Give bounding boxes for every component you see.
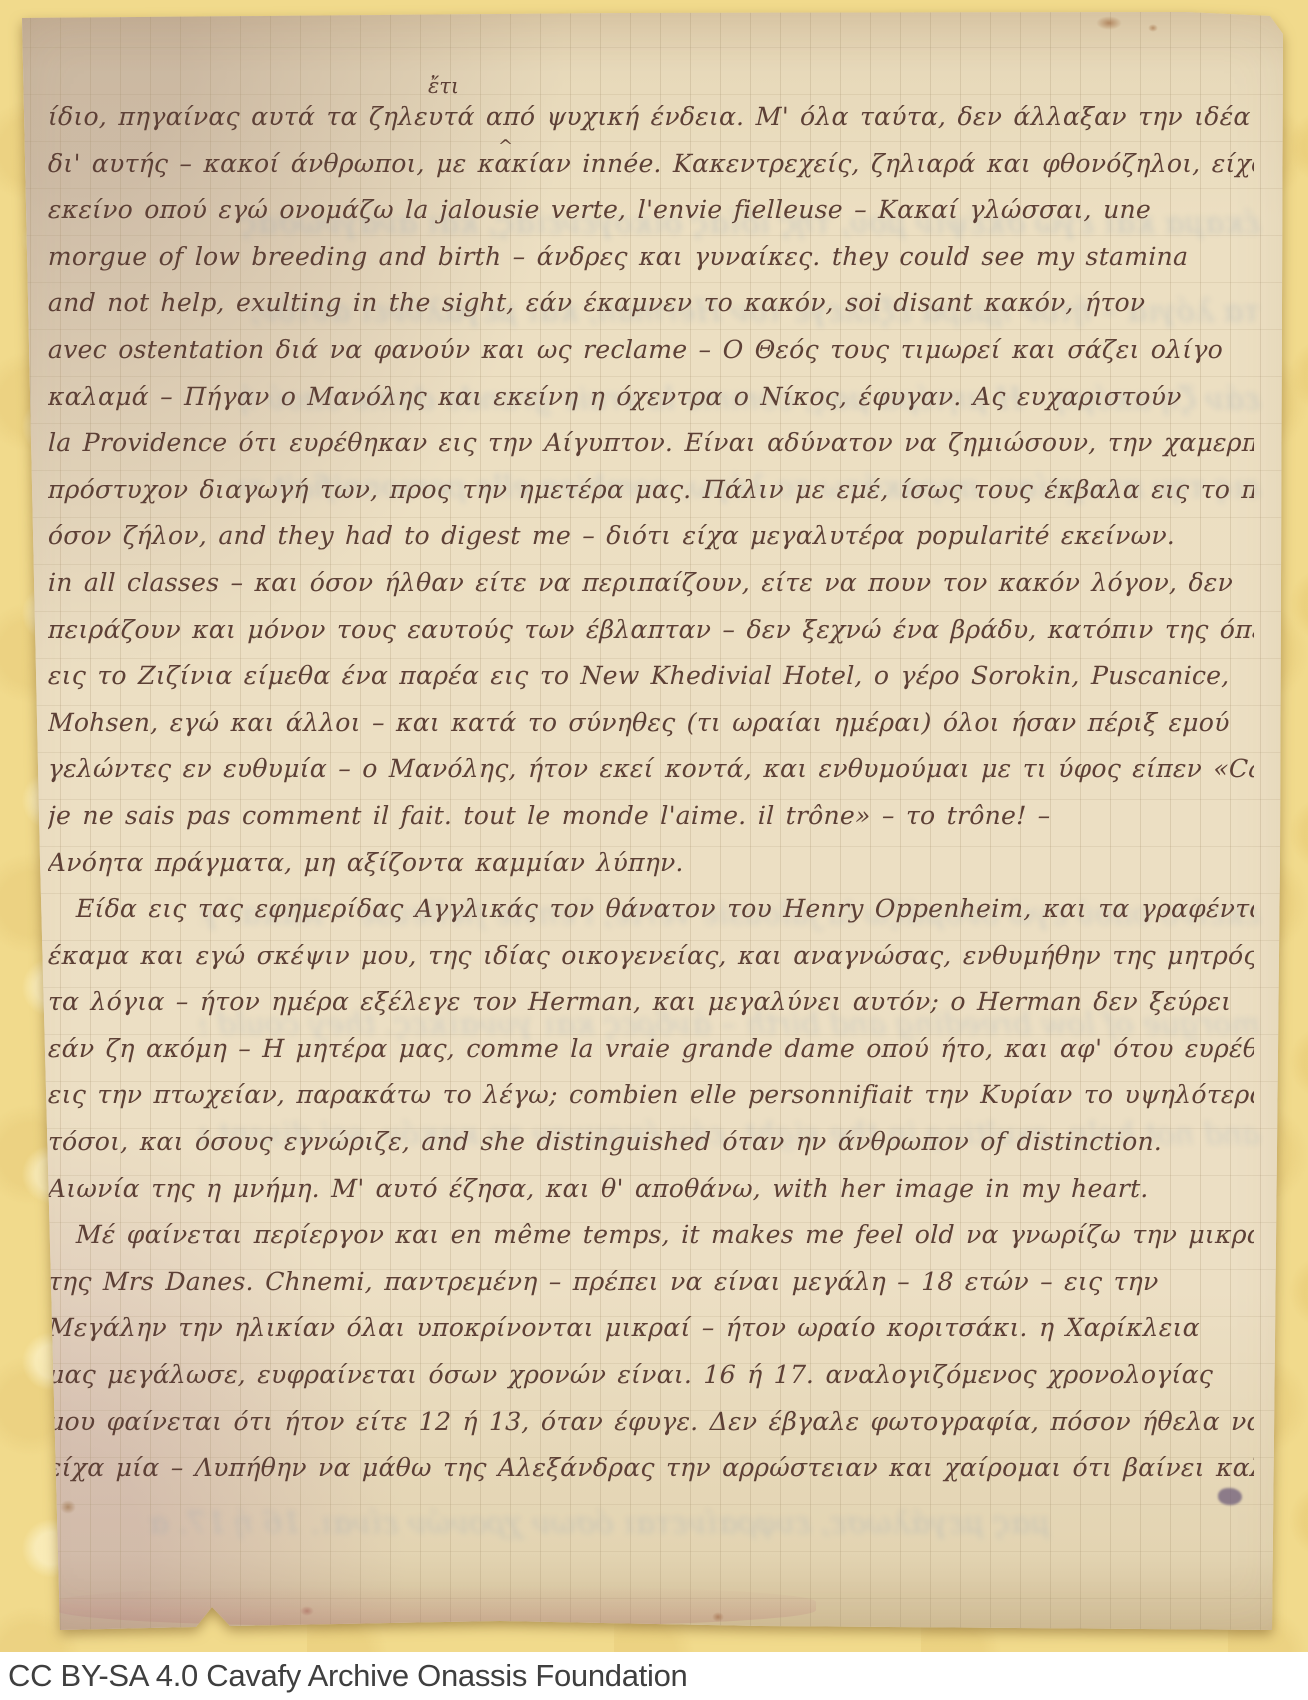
manuscript-line: Ανόητα πράγματα, μη αξίζοντα καμμίαν λύπ…	[48, 840, 1254, 887]
manuscript-line: έκαμα και εγώ σκέψιν μου, της ιδίας οικο…	[48, 933, 1254, 980]
manuscript-line: τόσοι, και όσους εγνώριζε, and she disti…	[48, 1119, 1254, 1166]
manuscript-line: της Mrs Danes. Chnemi, παντρεμένη – πρέπ…	[48, 1259, 1254, 1306]
manuscript-line: γελώντες εν ευθυμία – ο Μανόλης, ήτον εκ…	[48, 746, 1254, 793]
manuscript-line: ίδιο, πηγαίνας αυτά τα ζηλευτά από ψυχικ…	[48, 94, 1254, 141]
manuscript-line: δι' αυτής – κακοί άνθρωποι, με κακίαν in…	[48, 141, 1254, 188]
manuscript-line: καλαμά – Πήγαν ο Μανόλης και εκείνη η όχ…	[48, 374, 1254, 421]
manuscript-line: τα λόγια – ήτον ημέρα εξέλεγε τον Herman…	[48, 979, 1254, 1026]
manuscript-scan: έκαμα και εγώ σκέψιν μου, της ιδίας οικο…	[0, 0, 1308, 1700]
rust-stain	[60, 1500, 76, 1514]
manuscript-line: in all classes – και όσον ήλθαν είτε να …	[48, 560, 1254, 607]
manuscript-line: μας μεγάλωσε, ευφραίνεται όσων χρονών εί…	[48, 1352, 1254, 1399]
manuscript-line: Είδα εις τας εφημερίδας Αγγλικάς τον θάν…	[48, 886, 1254, 933]
edge-discoloration	[56, 1586, 816, 1626]
manuscript-line: μου φαίνεται ότι ήτον είτε 12 ή 13, όταν…	[48, 1399, 1254, 1446]
bleedthrough-text: μας μεγάλωσε, ευφραίνεται όσων χρονών εί…	[150, 1480, 1050, 1590]
rust-stain	[712, 1612, 724, 1622]
manuscript-line: morgue of low breeding and birth – άνδρε…	[48, 234, 1254, 281]
manuscript-line: εάν ζη ακόμη – Η μητέρα μας, comme la vr…	[48, 1026, 1254, 1073]
manuscript-line: Μεγάλην την ηλικίαν όλαι υποκρίνονται μι…	[48, 1305, 1254, 1352]
rust-stain	[1096, 16, 1122, 30]
manuscript-line: πειράζουν και μόνον τους εαυτούς των έβλ…	[48, 607, 1254, 654]
manuscript-line: avec ostentation διά να φανούν και ως re…	[48, 327, 1254, 374]
manuscript-line: είχα μία – Λυπήθην να μάθω της Αλεξάνδρα…	[48, 1445, 1254, 1492]
attribution-text: CC BY-SA 4.0 Cavafy Archive Onassis Foun…	[8, 1658, 687, 1694]
manuscript-line: πρόστυχον διαγωγή των, προς την ημετέρα …	[48, 467, 1254, 514]
manuscript-line: Mohsen, εγώ και άλλοι – και κατά το σύνη…	[48, 700, 1254, 747]
rust-stain	[300, 1606, 314, 1616]
attribution-bar: CC BY-SA 4.0 Cavafy Archive Onassis Foun…	[0, 1652, 1308, 1700]
manuscript-line: όσον ζήλον, and they had to digest me – …	[48, 513, 1254, 560]
manuscript-line: εις το Ζιζίνια είμεθα ένα παρέα εις το N…	[48, 653, 1254, 700]
manuscript-line: la Providence ότι ευρέθηκαν εις την Αίγυ…	[48, 420, 1254, 467]
rust-stain	[1148, 24, 1158, 32]
manuscript-line: εκείνο οπού εγώ ονομάζω la jalousie vert…	[48, 187, 1254, 234]
manuscript-line: je ne sais pas comment il fait. tout le …	[48, 793, 1254, 840]
manuscript-line: Μέ φαίνεται περίεργον και en même temps,…	[48, 1212, 1254, 1259]
manuscript-line: and not help, exulting in the sight, εάν…	[48, 280, 1254, 327]
letter-page: έκαμα και εγώ σκέψιν μου, της ιδίας οικο…	[0, 0, 1308, 1652]
letter-body: ίδιο, πηγαίνας αυτά τα ζηλευτά από ψυχικ…	[48, 94, 1254, 1492]
manuscript-line: εις την πτωχείαν, παρακάτω το λέγω; comb…	[48, 1072, 1254, 1119]
manuscript-line: Αιωνία της η μνήμη. Μ' αυτό έζησα, και θ…	[48, 1166, 1254, 1213]
